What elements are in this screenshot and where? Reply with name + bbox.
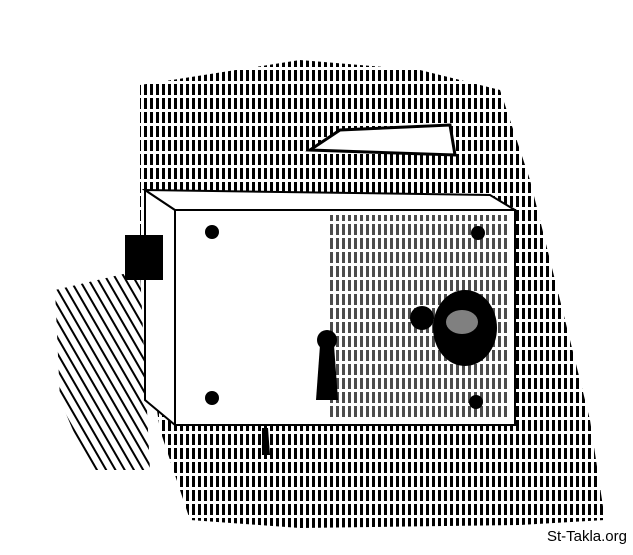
floor-hatching <box>55 270 150 470</box>
lock-engraving <box>0 0 633 555</box>
screw <box>205 225 219 239</box>
screw <box>205 391 219 405</box>
watermark: St-Takla.org <box>547 528 627 545</box>
keyhole-icon <box>316 330 338 400</box>
screw <box>469 395 483 409</box>
lock-side <box>145 190 175 425</box>
latch-bolt <box>125 235 163 280</box>
screw <box>471 226 485 240</box>
illustration: St-Takla.org <box>0 0 633 555</box>
